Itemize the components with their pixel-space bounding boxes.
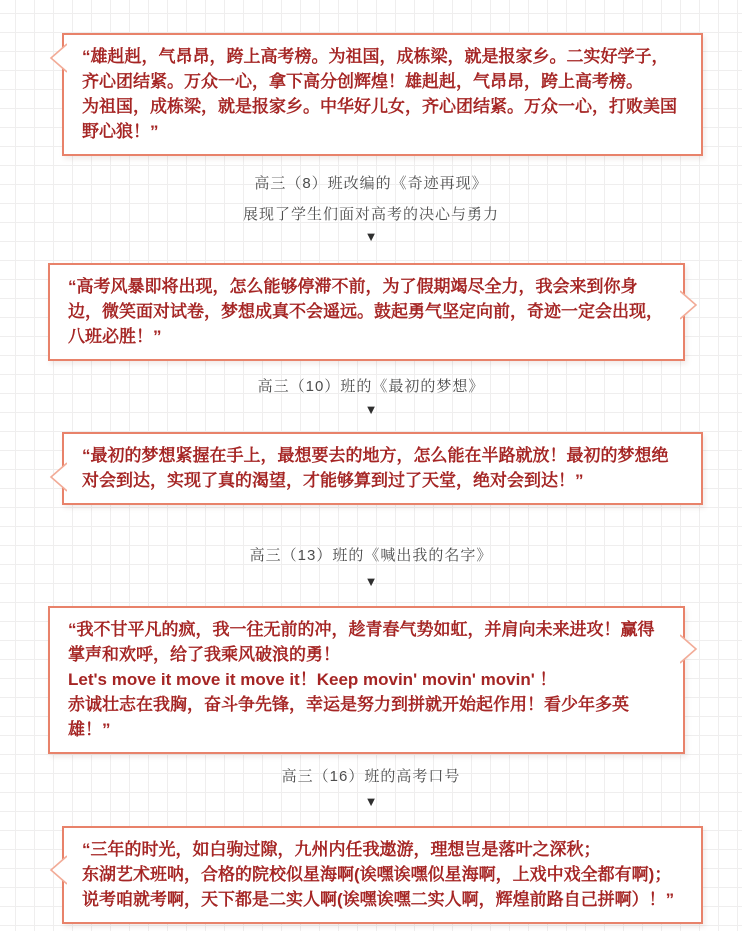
bubble-text-line: “我不甘平凡的疯，我一往无前的冲，趁青春气势如虹，并肩向未来进攻！赢得掌声和欢呼… bbox=[68, 617, 665, 667]
bubble-text-line: “高考风暴即将出现，怎么能够停滞不前，为了假期竭尽全力，我会来到你身边，微笑面对… bbox=[68, 274, 665, 349]
slogan-bubble-class16-chant: “三年的时光，如白驹过隙，九州内任我遨游，理想岂是落叶之深秋； 东湖艺术班呐，合… bbox=[62, 826, 703, 924]
down-arrow-icon: ▼ bbox=[0, 575, 742, 588]
slogan-bubble-class10-song: “最初的梦想紧握在手上，最想要去的地方，怎么能在半路就放！最初的梦想绝对会到达，… bbox=[62, 432, 703, 505]
bubble-text-line: Let's move it move it move it！Keep movin… bbox=[68, 667, 665, 692]
slogan-bubble-class8-chant: “雄赳赳，气昂昂，跨上高考榜。为祖国，成栋梁，就是报家乡。二实好学子，齐心团结紧… bbox=[62, 33, 703, 156]
bubble-text-line: “雄赳赳，气昂昂，跨上高考榜。为祖国，成栋梁，就是报家乡。二实好学子，齐心团结紧… bbox=[82, 44, 683, 94]
down-arrow-icon: ▼ bbox=[0, 403, 742, 416]
caption-class10-title: 高三（10）班的《最初的梦想》 bbox=[0, 375, 742, 396]
speech-tail-left-icon bbox=[47, 462, 67, 492]
speech-tail-right-icon bbox=[680, 634, 700, 664]
caption-class8-subtitle: 展现了学生们面对高考的决心与勇力 bbox=[0, 203, 742, 224]
speech-tail-right-icon bbox=[680, 290, 700, 320]
down-arrow-icon: ▼ bbox=[0, 795, 742, 808]
bubble-text-line: 东湖艺术班呐，合格的院校似星海啊(诶嘿诶嘿似星海啊，上戏中戏全都有啊)； bbox=[82, 862, 683, 887]
caption-class8-title: 高三（8）班改编的《奇迹再现》 bbox=[0, 172, 742, 193]
caption-class16-title: 高三（16）班的高考口号 bbox=[0, 765, 742, 786]
bubble-text-line: 为祖国，成栋梁，就是报家乡。中华好儿女，齐心团结紧。万众一心，打败美国野心狼！” bbox=[82, 94, 683, 144]
caption-class13-title: 高三（13）班的《喊出我的名字》 bbox=[0, 544, 742, 565]
down-arrow-icon: ▼ bbox=[0, 230, 742, 243]
speech-tail-left-icon bbox=[47, 855, 67, 885]
slogan-bubble-class8-song: “高考风暴即将出现，怎么能够停滞不前，为了假期竭尽全力，我会来到你身边，微笑面对… bbox=[48, 263, 685, 361]
bubble-text-line: 说考咱就考啊，天下都是二实人啊(诶嘿诶嘿二实人啊，辉煌前路自己拼啊）！” bbox=[82, 887, 683, 912]
bubble-text-line: “三年的时光，如白驹过隙，九州内任我遨游，理想岂是落叶之深秋； bbox=[82, 837, 683, 862]
slogan-bubble-class13-song: “我不甘平凡的疯，我一往无前的冲，趁青春气势如虹，并肩向未来进攻！赢得掌声和欢呼… bbox=[48, 606, 685, 754]
bubble-text-line: “最初的梦想紧握在手上，最想要去的地方，怎么能在半路就放！最初的梦想绝对会到达，… bbox=[82, 443, 683, 493]
article-page: “雄赳赳，气昂昂，跨上高考榜。为祖国，成栋梁，就是报家乡。二实好学子，齐心团结紧… bbox=[0, 0, 742, 931]
bubble-text-line: 赤诚壮志在我胸，奋斗争先锋，幸运是努力到拼就开始起作用！看少年多英雄！” bbox=[68, 692, 665, 742]
speech-tail-left-icon bbox=[47, 43, 67, 73]
